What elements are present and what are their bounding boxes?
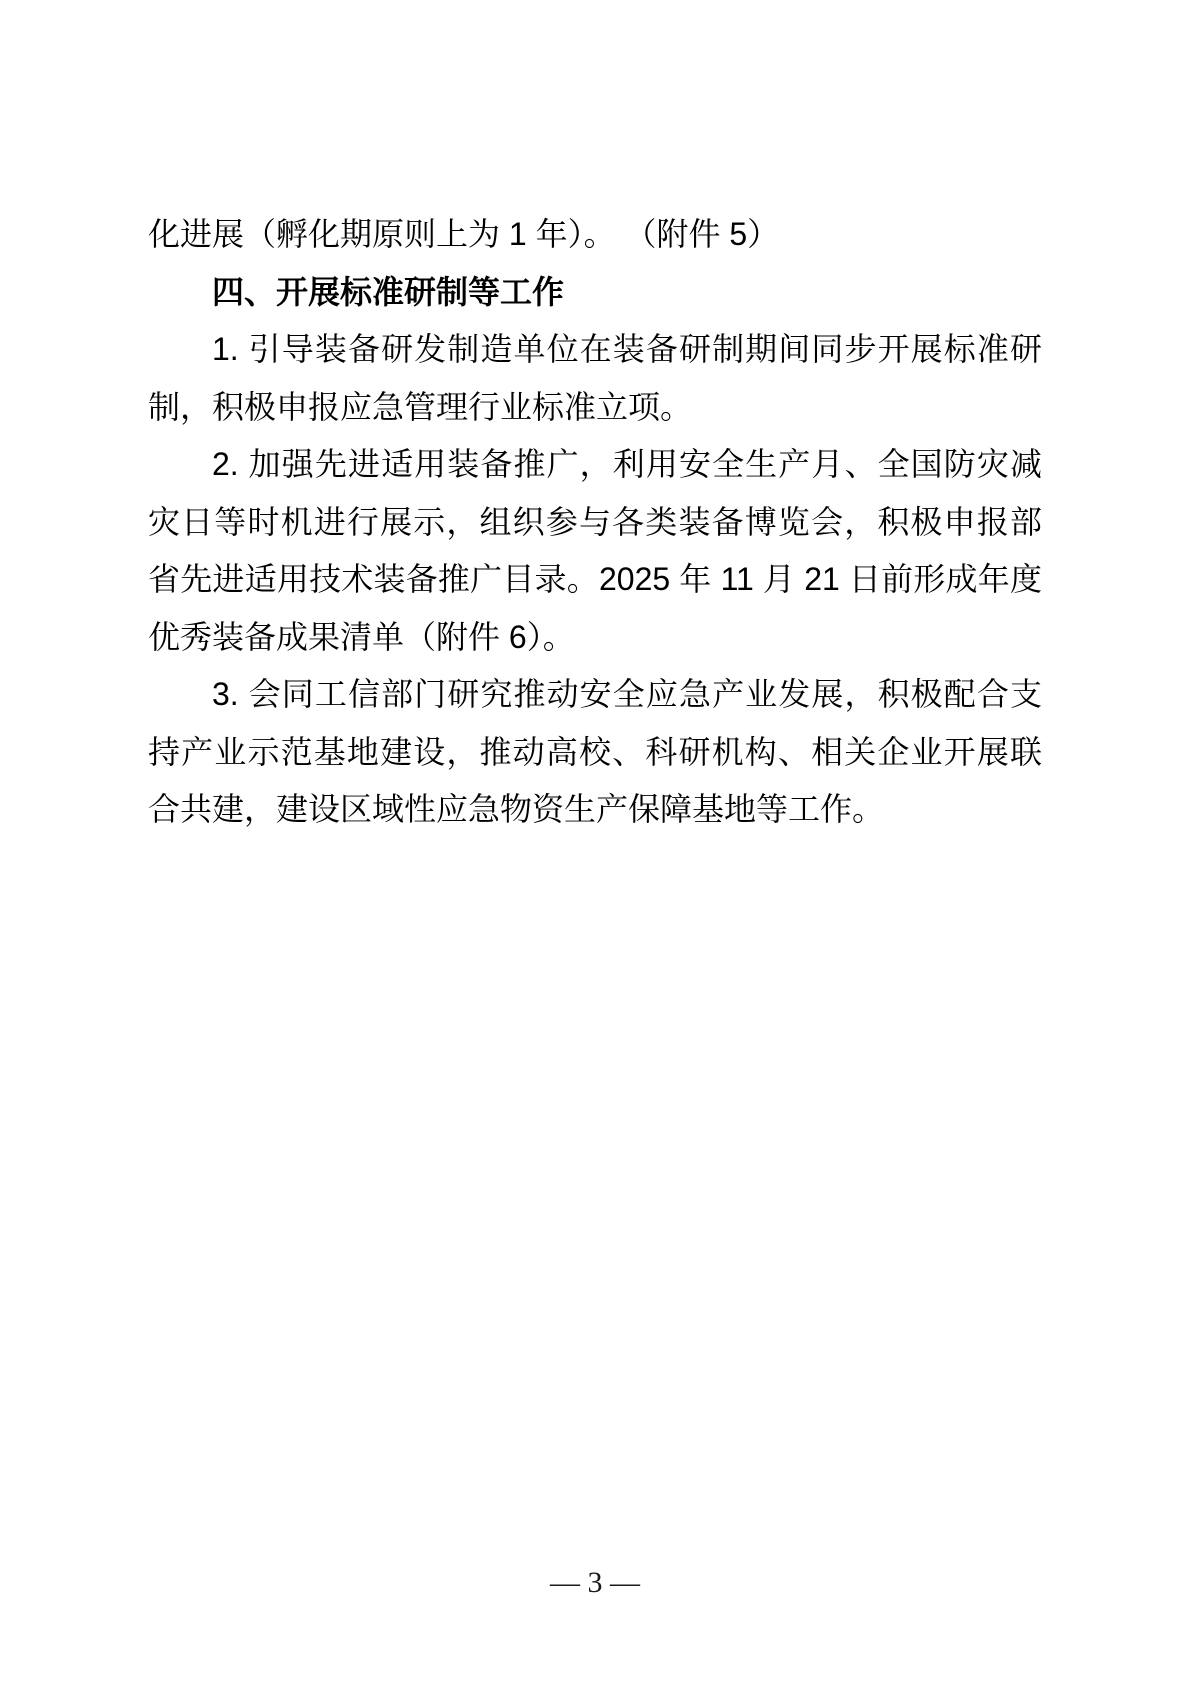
paragraph-item-1: 1. 引导装备研发制造单位在装备研制期间同步开展标准研制，积极申报应急管理行业标… bbox=[148, 321, 1042, 436]
paragraph-item-3: 3. 会同工信部门研究推动安全应急产业发展，积极配合支持产业示范基地建设，推动高… bbox=[148, 666, 1042, 839]
page-number: — 3 — bbox=[0, 1566, 1190, 1600]
document-page: 化进展（孵化期原则上为 1 年）。 （附件 5） 四、开展标准研制等工作 1. … bbox=[0, 0, 1190, 1683]
paragraph-continuation: 化进展（孵化期原则上为 1 年）。 （附件 5） bbox=[148, 206, 1042, 264]
paragraph-item-2: 2. 加强先进适用装备推广，利用安全生产月、全国防灾减灾日等时机进行展示，组织参… bbox=[148, 436, 1042, 666]
section-heading: 四、开展标准研制等工作 bbox=[148, 264, 1042, 322]
page-content: 化进展（孵化期原则上为 1 年）。 （附件 5） 四、开展标准研制等工作 1. … bbox=[148, 206, 1042, 839]
